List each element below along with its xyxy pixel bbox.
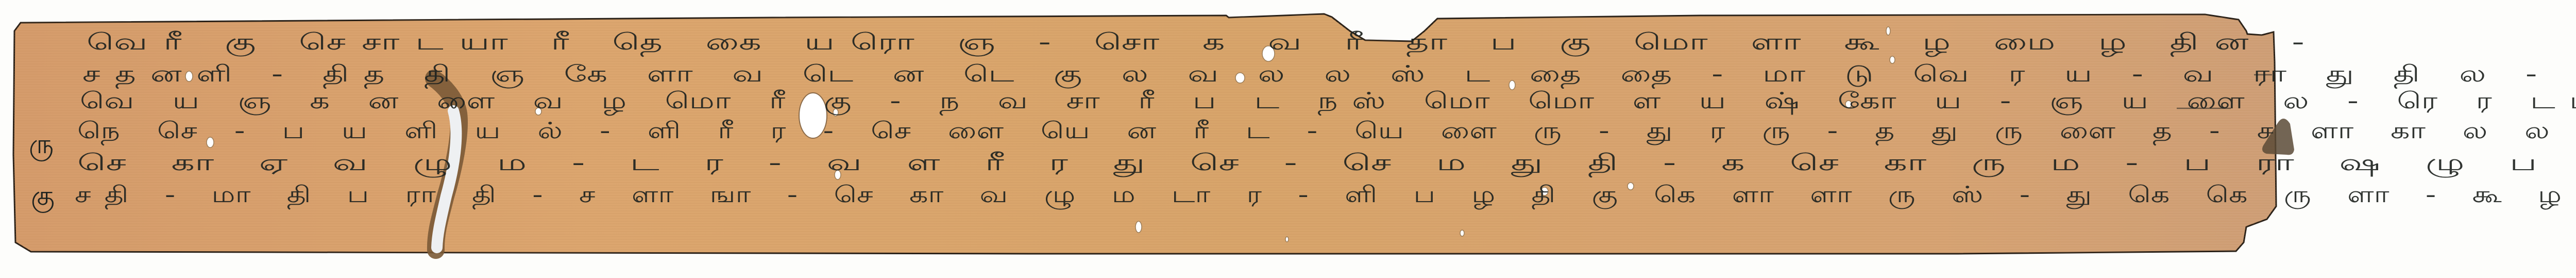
- manuscript-line-6: சதி - மா தி ப ரா தி - ச ளா ஙா - செ கா வ …: [75, 182, 2575, 211]
- manuscript-line-3: வெ ய ஞ க ன ளை வ ழ மொ ரீ கு - ந வ சா ரீ ப…: [80, 88, 2576, 117]
- margin-mark-1: ரு: [29, 129, 54, 163]
- manuscript-line-1: வெரீ கு செசாடயா ரீ தெ கை யரொ ஞ - சொ க வ …: [87, 29, 2320, 58]
- manuscript-text: ரு கு வெரீ கு செசாடயா ரீ தெ கை யரொ ஞ - ச…: [0, 0, 2576, 278]
- margin-mark-2: கு: [31, 181, 55, 215]
- manuscript-page: ரு கு வெரீ கு செசாடயா ரீ தெ கை யரொ ஞ - ச…: [0, 0, 2576, 278]
- manuscript-line-5: செ கா ஏ வ ழு ம - ட ர - வ ள ரீ ர து செ - …: [77, 150, 2576, 179]
- manuscript-line-2: சதனளி - தித தி ஞ கே ளா வ டெ ன டெ கு ல வ …: [82, 61, 2552, 90]
- manuscript-line-4: நெ செ - ப ய ளி ய ல் - ளி ரீ ர - செ ளை யெ…: [77, 118, 2576, 147]
